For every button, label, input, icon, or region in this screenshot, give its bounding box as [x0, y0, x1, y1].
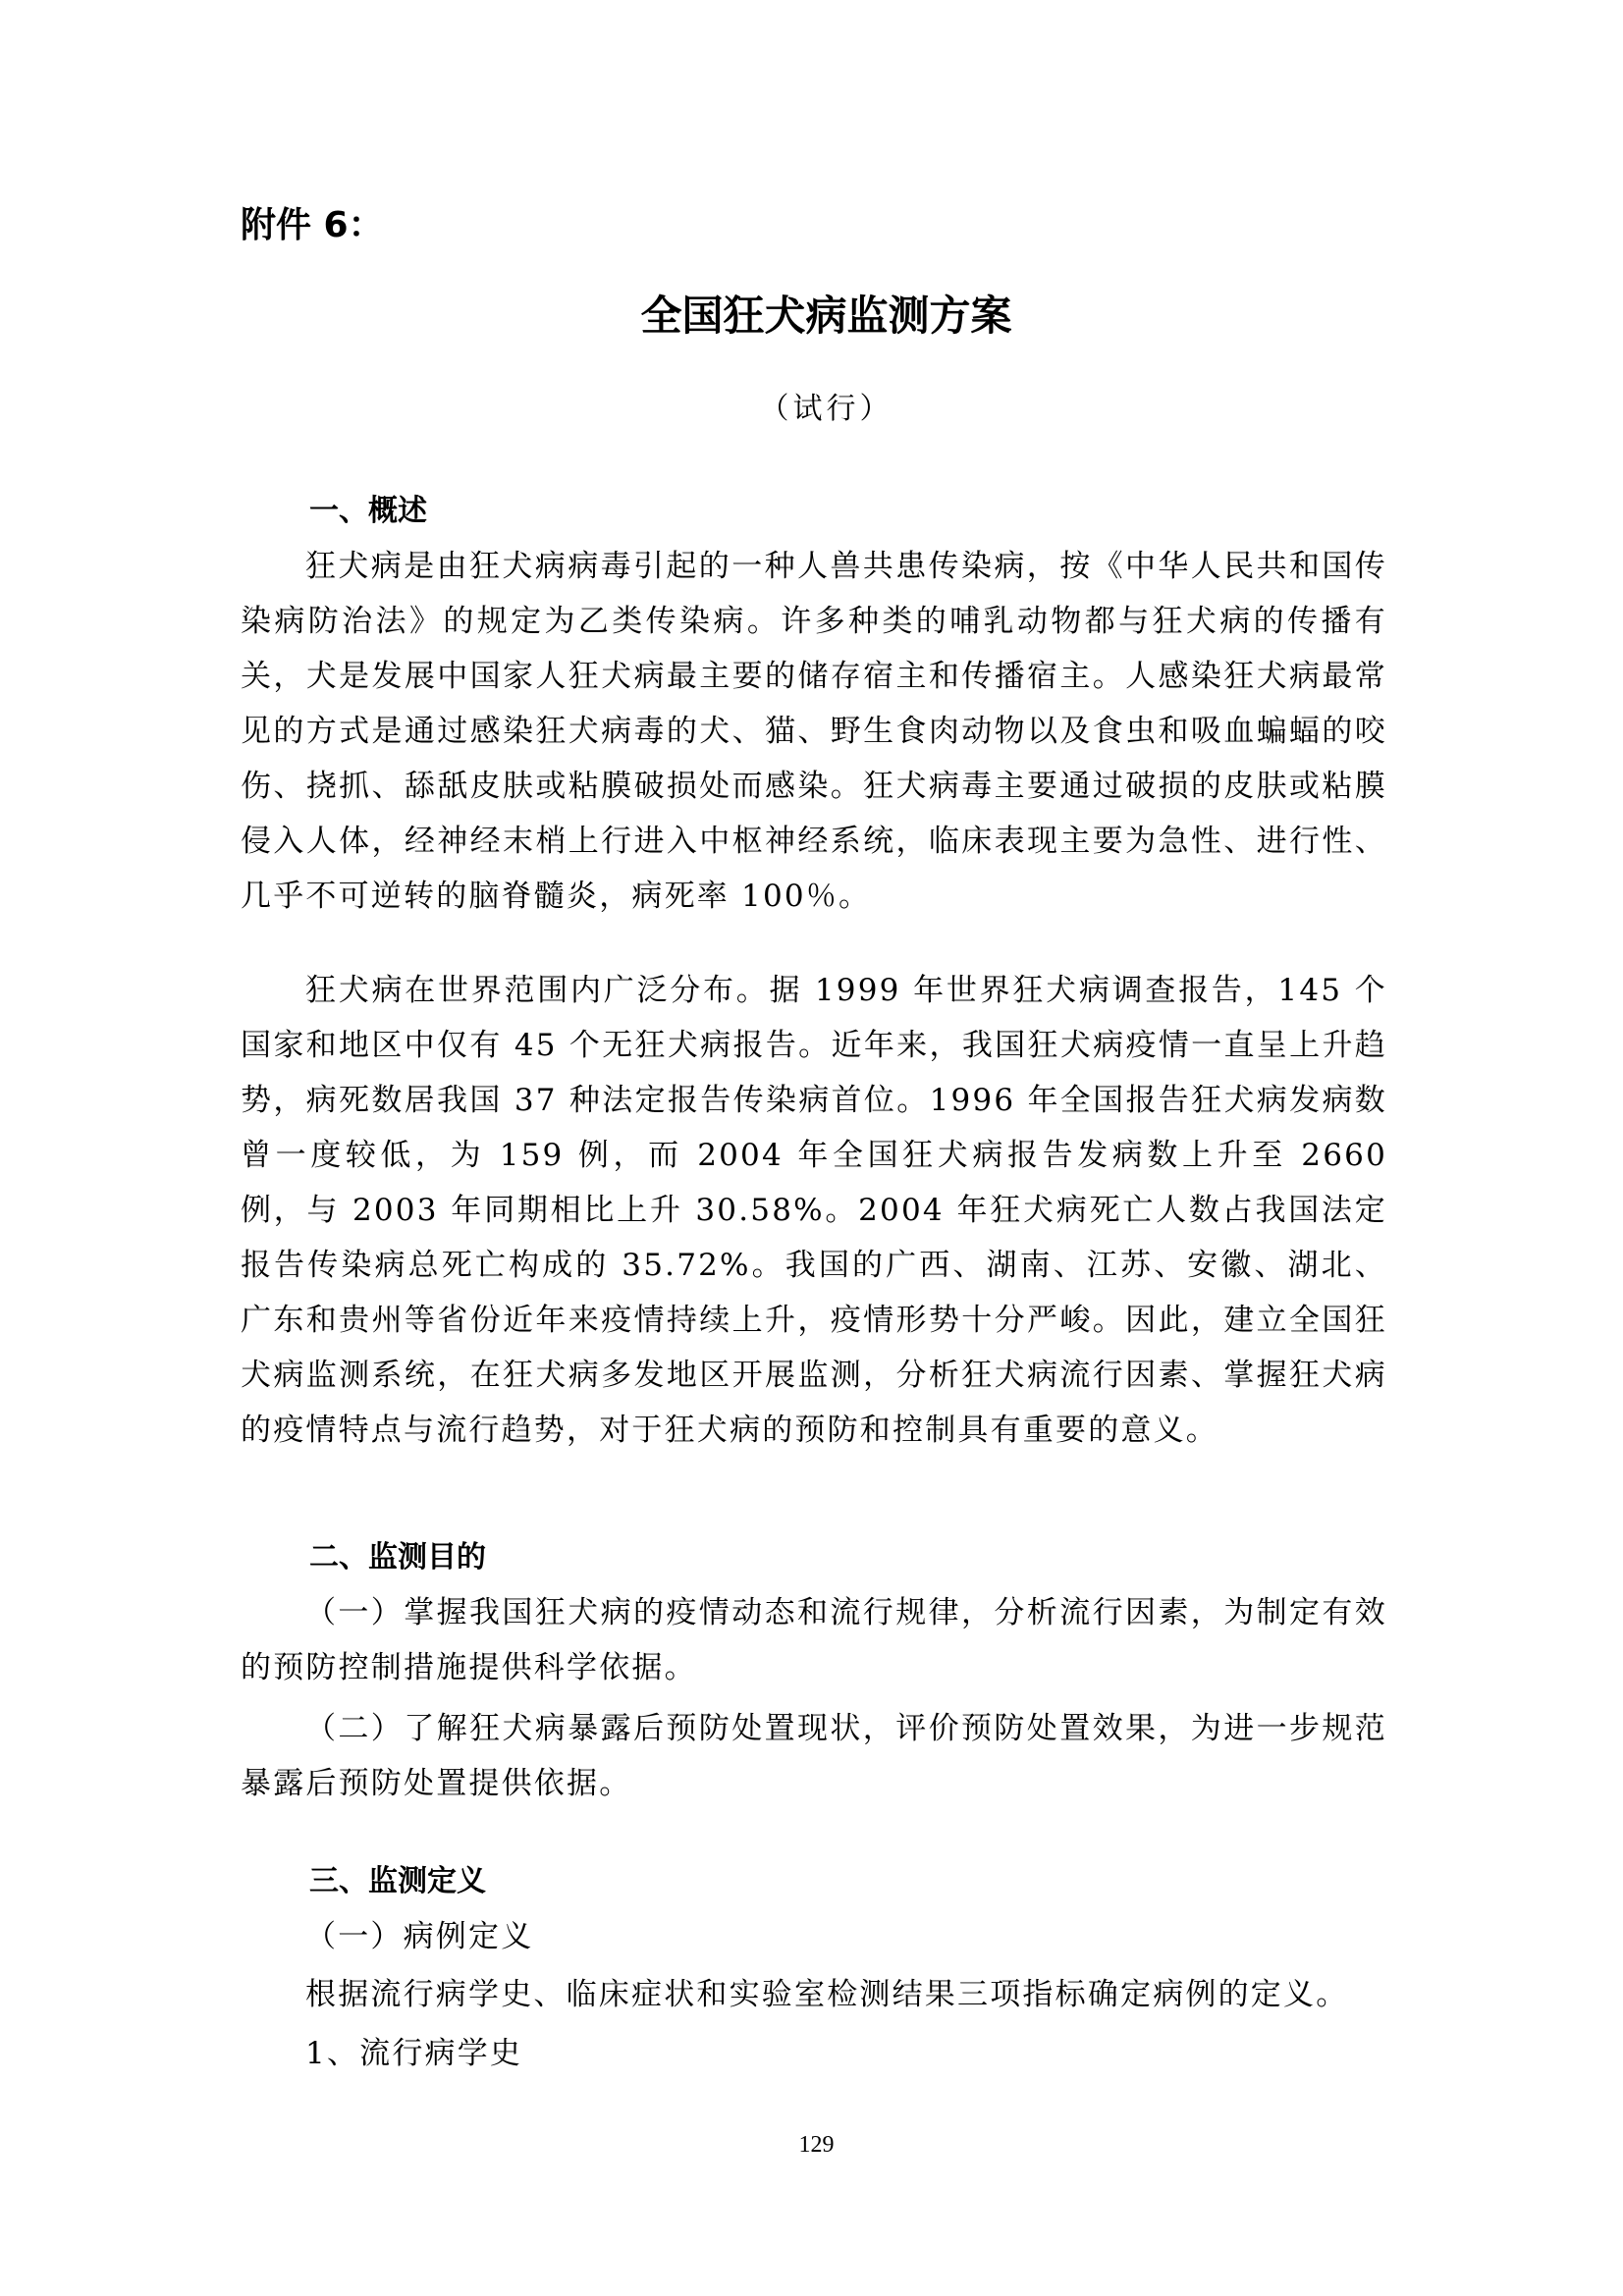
item-epidemiological-history: 1、流行病学史: [305, 2026, 522, 2081]
paragraph-case-definition: 根据流行病学史、临床症状和实验室检测结果三项指标确定病例的定义。: [241, 1967, 1387, 2022]
document-subtitle: （试行）: [0, 385, 1623, 434]
page-number: 129: [0, 2130, 1623, 2160]
section-heading-definition: 三、监测定义: [309, 1857, 486, 1906]
paragraph-purpose-1: （一）掌握我国狂犬病的疫情动态和流行规律，分析流行因素，为制定有效的预防控制措施…: [241, 1585, 1387, 1695]
paragraph-purpose-2: （二）了解狂犬病暴露后预防处置现状，评价预防处置效果，为进一步规范暴露后预防处置…: [241, 1701, 1387, 1811]
attachment-label: 附件 6：: [241, 201, 384, 250]
subsection-case-definition: （一）病例定义: [305, 1909, 533, 1964]
section-heading-overview: 一、概述: [309, 487, 427, 536]
paragraph-overview-2: 狂犬病在世界范围内广泛分布。据 1999 年世界狂犬病调查报告，145 个国家和…: [241, 963, 1387, 1458]
document-title: 全国狂犬病监测方案: [0, 287, 1623, 346]
paragraph-overview-1: 狂犬病是由狂犬病病毒引起的一种人兽共患传染病，按《中华人民共和国传染病防治法》的…: [241, 539, 1387, 924]
document-page: 附件 6： 全国狂犬病监测方案 （试行） 一、概述 狂犬病是由狂犬病病毒引起的一…: [0, 0, 1623, 2296]
section-heading-purpose: 二、监测目的: [309, 1533, 486, 1582]
